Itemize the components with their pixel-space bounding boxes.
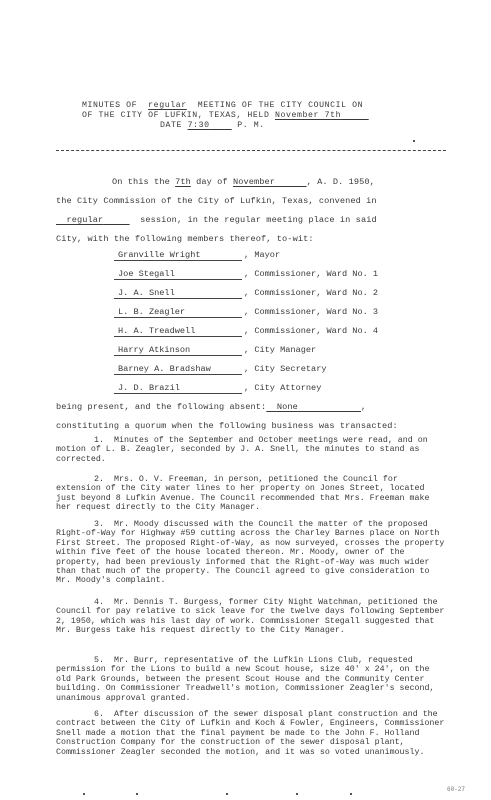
member-title: , Commissioner, Ward No. 3: [244, 307, 378, 317]
item-text: After discussion of the sewer disposal p…: [56, 710, 444, 757]
member-title: , Commissioner, Ward No. 1: [244, 269, 378, 279]
minutes-item-5: 5.Mr. Burr, representative of the Lufkin…: [56, 656, 446, 703]
meeting-time: 7:30: [188, 121, 210, 130]
item-number: 3.: [94, 520, 114, 529]
minutes-page: MINUTES OF regular MEETING OF THE CITY C…: [0, 0, 491, 800]
roster-row: Barney A. Bradshaw, City Secretary: [114, 364, 414, 378]
opening-text: day of: [196, 177, 228, 187]
minutes-item-4: 4.Mr. Dennis T. Burgess, former City Nig…: [56, 598, 446, 636]
item-number: 6.: [94, 710, 114, 719]
member-name: Joe Stegall: [114, 269, 242, 280]
roster-row: H. A. Treadwell, Commissioner, Ward No. …: [114, 326, 414, 340]
roster-row: J. D. Brazil, City Attorney: [114, 383, 414, 397]
member-name: J. D. Brazil: [114, 383, 242, 394]
attendance-line: being present, and the following absent:…: [56, 402, 366, 412]
time-label: DATE: [160, 121, 182, 130]
header-line-3: DATE 7:30 P. M.: [160, 121, 265, 131]
roster-row: L. B. Zeagler, Commissioner, Ward No. 3: [114, 307, 414, 321]
header-prefix: MINUTES OF: [82, 101, 137, 110]
member-name: Harry Atkinson: [114, 345, 242, 356]
roster-row: Harry Atkinson, City Manager: [114, 345, 414, 359]
member-name: Barney A. Bradshaw: [114, 364, 242, 375]
scan-speck: [350, 793, 352, 795]
scan-speck: [83, 793, 85, 795]
time-suffix: P. M.: [237, 121, 265, 130]
minutes-item-2: 2.Mrs. O. V. Freeman, in person, petitio…: [56, 475, 446, 513]
member-title: , Mayor: [244, 250, 280, 260]
meeting-type: regular: [148, 101, 187, 110]
present-text: being present, and the following absent:: [56, 402, 266, 412]
meeting-month: November: [233, 177, 275, 187]
minutes-item-1: 1.Minutes of the September and October m…: [56, 436, 446, 464]
scan-speck: [413, 140, 415, 142]
minutes-item-3: 3.Mr. Moody discussed with the Council t…: [56, 520, 446, 586]
member-name: L. B. Zeagler: [114, 307, 242, 318]
minutes-item-6: 6.After discussion of the sewer disposal…: [56, 710, 446, 757]
roster-row: Granville Wright, Mayor: [114, 250, 414, 264]
opening-line-4: City, with the following members thereof…: [56, 234, 314, 244]
item-number: 2.: [94, 475, 114, 484]
header-suffix: MEETING OF THE CITY COUNCIL ON: [198, 101, 363, 110]
item-number: 5.: [94, 656, 114, 665]
member-title: , City Secretary: [244, 364, 327, 374]
opening-text: On this the: [112, 177, 170, 187]
opening-line-1: On this the 7th day of November , A. D. …: [112, 177, 375, 187]
member-title: , City Manager: [244, 345, 316, 355]
item-number: 4.: [94, 598, 114, 607]
header-line-1: MINUTES OF regular MEETING OF THE CITY C…: [82, 101, 363, 111]
meeting-day: 7th: [175, 177, 191, 187]
opening-year: , A. D. 1950,: [307, 177, 375, 187]
member-title: , Commissioner, Ward No. 2: [244, 288, 378, 298]
scan-speck: [136, 793, 138, 795]
absent-members: None: [266, 402, 361, 412]
session-type: regular: [56, 215, 130, 225]
member-title: , City Attorney: [244, 383, 321, 393]
opening-text: session, in the regular meeting place in…: [140, 215, 377, 225]
header-divider: [56, 150, 446, 151]
member-name: H. A. Treadwell: [114, 326, 242, 337]
header-line2-prefix: OF THE CITY OF LUFKIN, TEXAS, HELD: [82, 111, 269, 120]
opening-line-2: the City Commission of the City of Lufki…: [56, 196, 377, 206]
item-number: 1.: [94, 436, 114, 445]
item-text: Mr. Moody discussed with the Council the…: [56, 520, 444, 585]
member-title: , Commissioner, Ward No. 4: [244, 326, 378, 336]
member-name: Granville Wright: [114, 250, 242, 261]
item-text: Mr. Dennis T. Burgess, former City Night…: [56, 598, 444, 635]
scan-speck: [296, 793, 298, 795]
scan-speck: [226, 793, 228, 795]
page-mark: 60-27: [447, 786, 465, 793]
opening-line-3: regular session, in the regular meeting …: [56, 215, 377, 225]
meeting-date: November 7th: [275, 111, 341, 120]
roster-row: J. A. Snell, Commissioner, Ward No. 2: [114, 288, 414, 302]
member-name: J. A. Snell: [114, 288, 242, 299]
roster-row: Joe Stegall, Commissioner, Ward No. 1: [114, 269, 414, 283]
quorum-line: constituting a quorum when the following…: [56, 421, 398, 431]
header-line-2: OF THE CITY OF LUFKIN, TEXAS, HELD Novem…: [82, 111, 369, 121]
